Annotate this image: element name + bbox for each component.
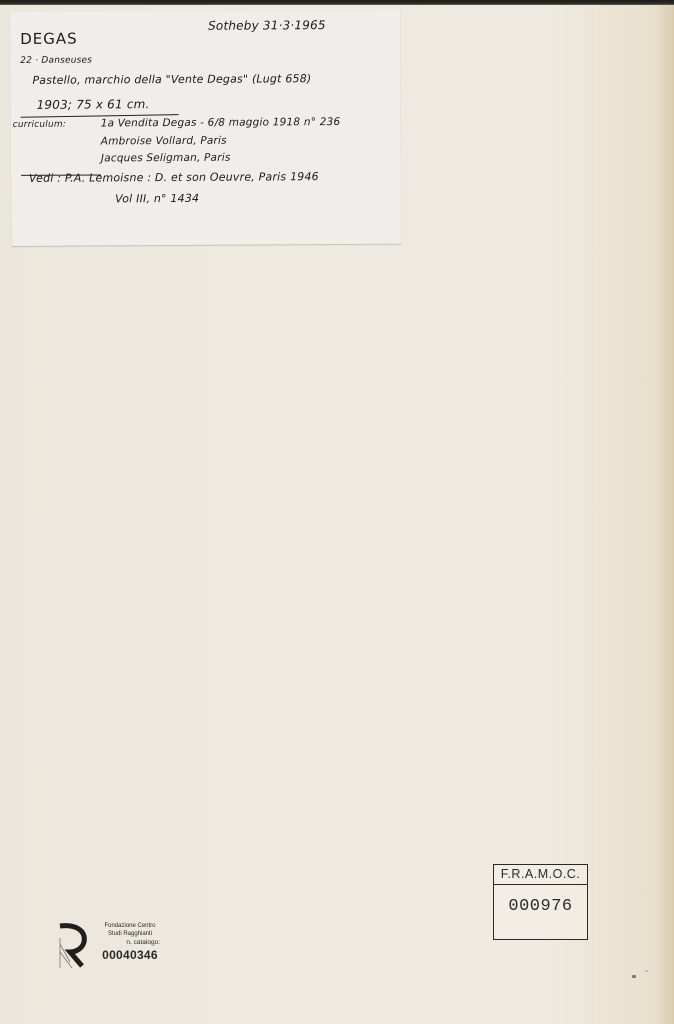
literature-reference: Vedi : P.A. Lemoisne : D. et son Oeuvre,… [29,170,319,185]
archive-catalog-label: Fondazione Centro Studi Ragghianti n. ca… [50,918,165,972]
catalog-number: 00040346 [94,947,166,963]
handwritten-label-card: DEGAS Sotheby 31·3·1965 22 · Danseuses P… [10,10,401,246]
paper-speck [645,970,648,972]
lot-title: 22 · Danseuses [20,55,92,65]
paper-speck [632,975,636,978]
literature-reference: Vol III, n° 1434 [115,192,199,206]
sale-info: Sotheby 31·3·1965 [208,18,326,33]
foundation-name: Fondazione Centro [94,922,166,930]
ragghianti-r-logo-icon [56,922,88,968]
stamp-number: 000976 [494,885,587,929]
catalog-label: n. catalogo: [94,938,166,947]
artist-name: DEGAS [20,30,78,48]
stamp-header: F.R.A.M.O.C. [494,865,587,885]
provenance-entry: Ambroise Vollard, Paris [101,135,227,148]
provenance-label: curriculum: [13,120,66,130]
date-dimensions: 1903; 75 x 61 cm. [37,97,150,112]
provenance-entry: 1a Vendita Degas - 6/8 maggio 1918 n° 23… [101,116,341,129]
foundation-name: Studi Ragghianti [94,930,166,938]
medium-line: Pastello, marchio della "Vente Degas" (L… [32,72,311,87]
provenance-entry: Jacques Seligman, Paris [101,152,231,165]
paper-edge-shadow [656,5,674,1024]
framoc-stamp: F.R.A.M.O.C. 000976 [493,864,588,940]
scan-top-edge [0,0,674,5]
